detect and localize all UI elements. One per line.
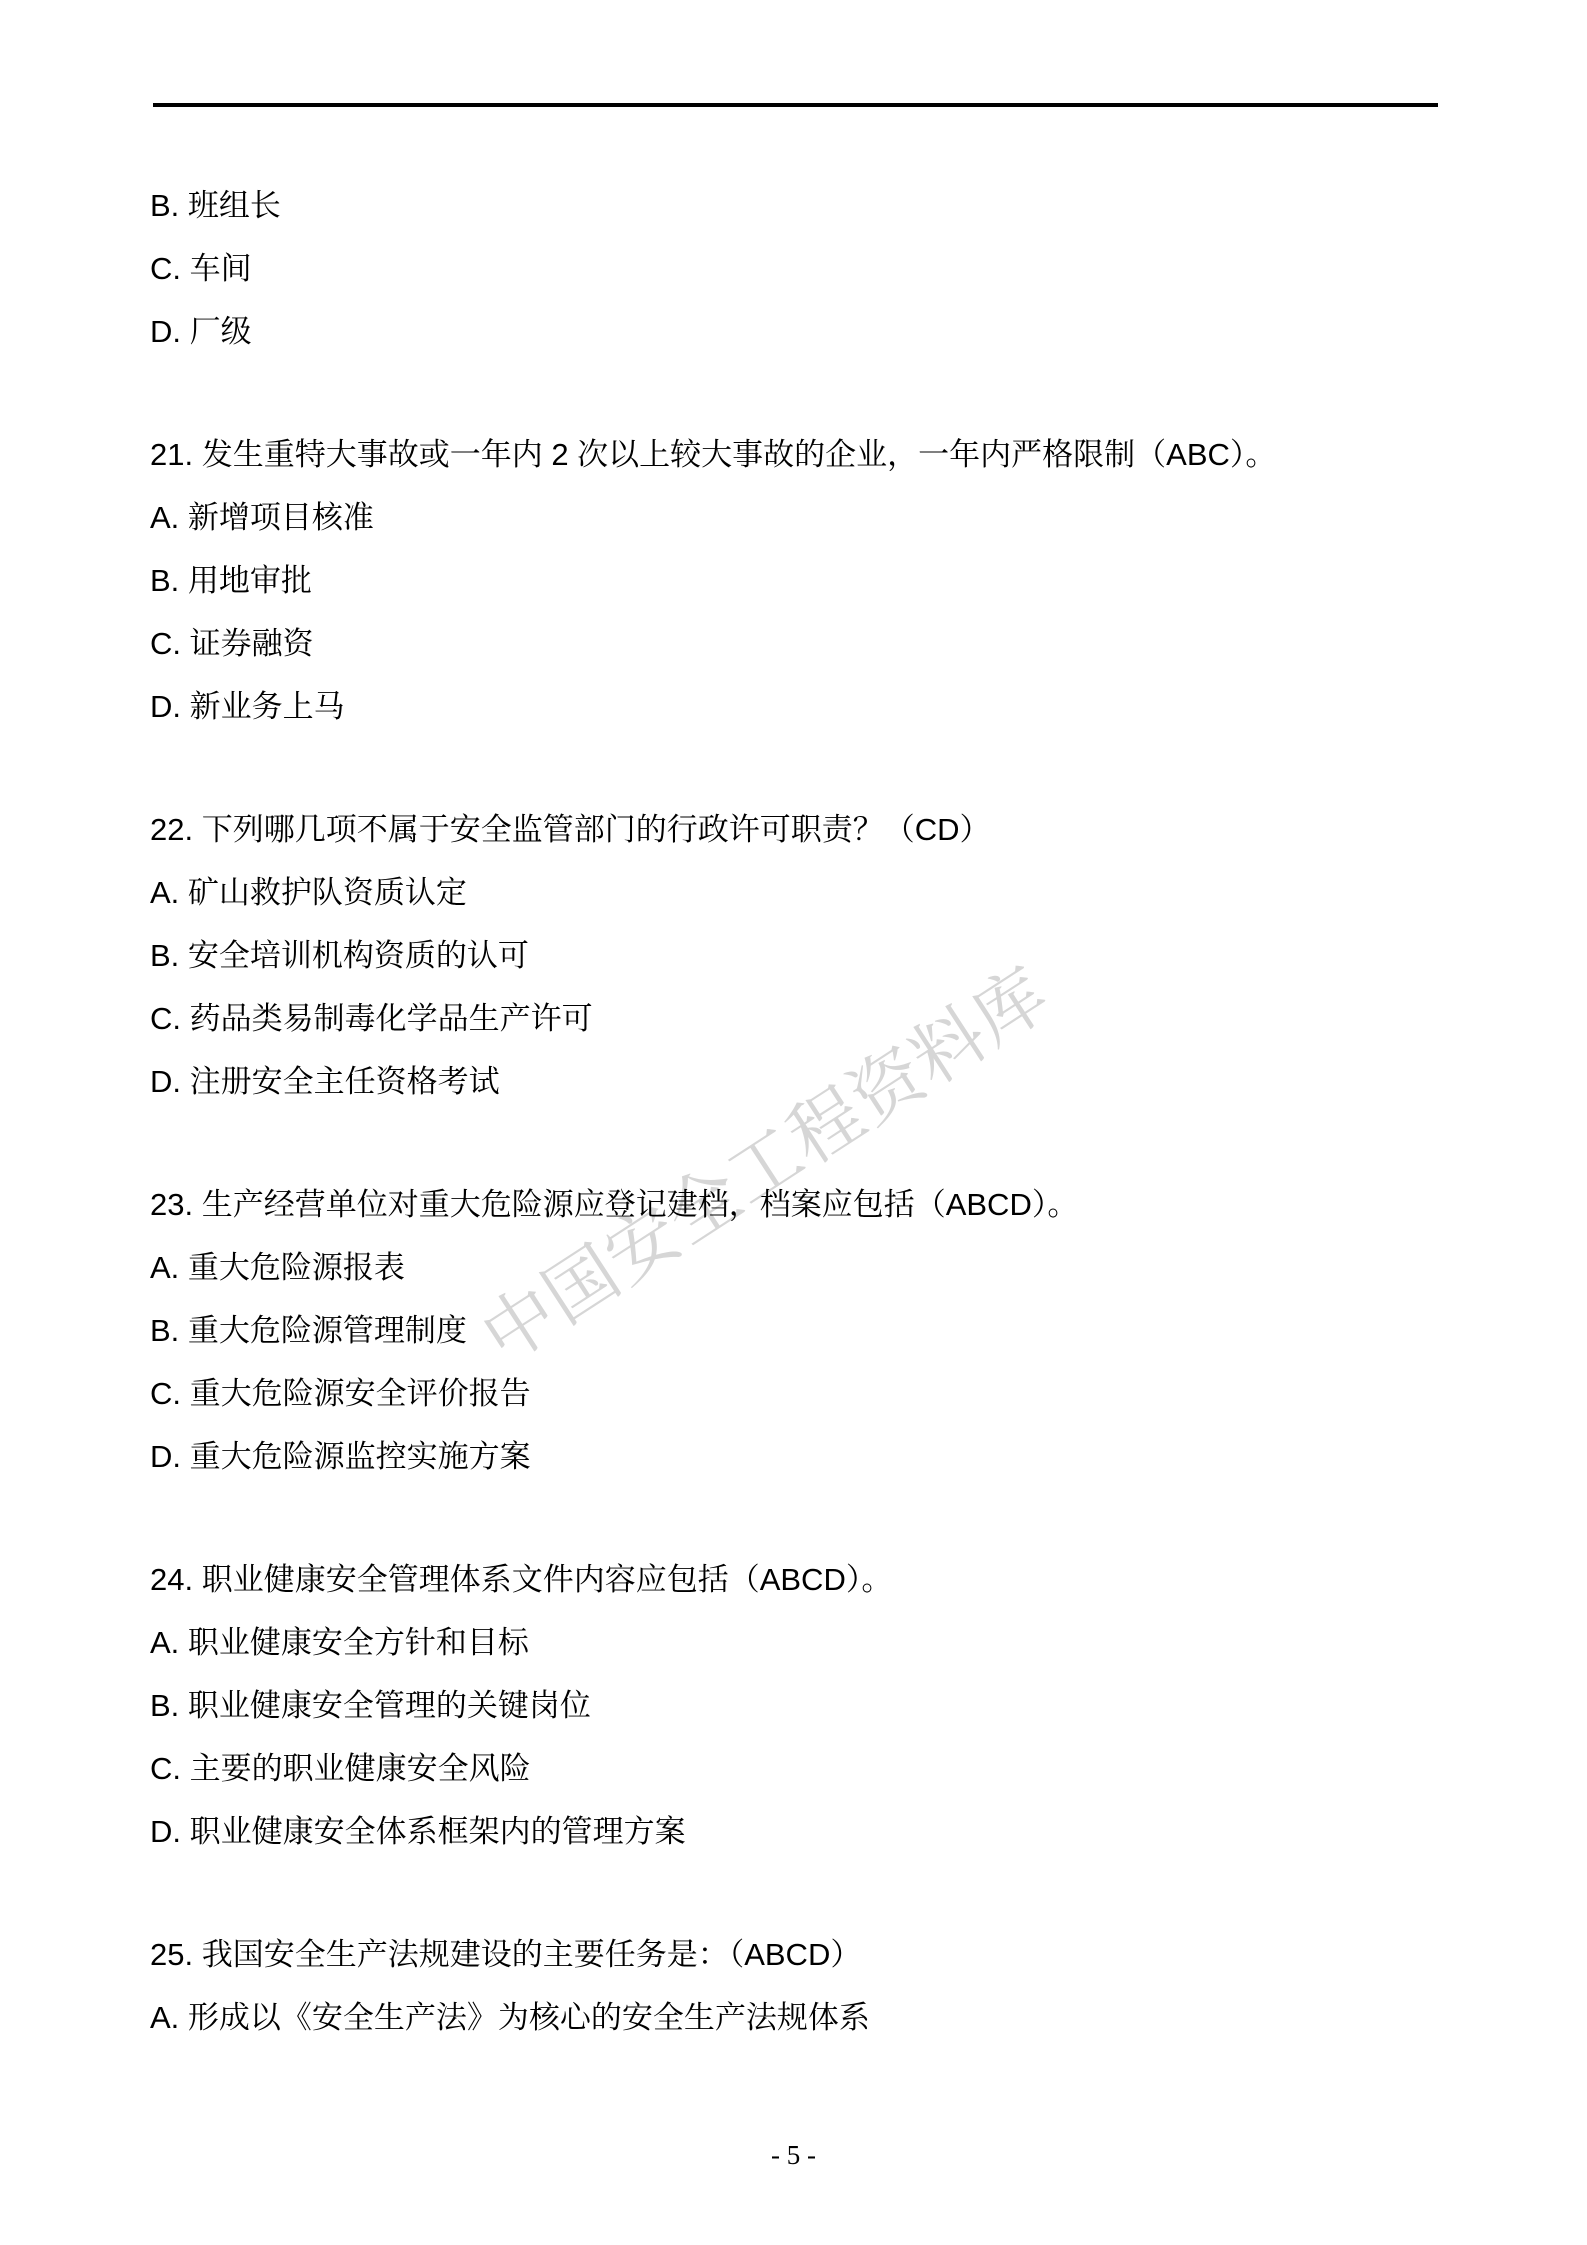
option-line: A. 重大危险源报表 [150, 1236, 1510, 1299]
option-line: D. 重大危险源监控实施方案 [150, 1425, 1510, 1488]
option-line: A. 职业健康安全方针和目标 [150, 1611, 1510, 1674]
option-line: C. 药品类易制毒化学品生产许可 [150, 987, 1510, 1050]
option-line: A. 形成以《安全生产法》为核心的安全生产法规体系 [150, 1986, 1510, 2049]
option-line: D. 新业务上马 [150, 675, 1510, 738]
option-line: C. 主要的职业健康安全风险 [150, 1737, 1510, 1800]
question-stem: 22. 下列哪几项不属于安全监管部门的行政许可职责？（CD） [150, 798, 1510, 861]
question-stem: 25. 我国安全生产法规建设的主要任务是：（ABCD） [150, 1923, 1510, 1986]
page-number: - 5 - [0, 2140, 1587, 2171]
question-stem: 23. 生产经营单位对重大危险源应登记建档，档案应包括（ABCD）。 [150, 1173, 1510, 1236]
question-list: B. 班组长 C. 车间 D. 厂级 21. 发生重特大事故或一年内 2 次以上… [150, 174, 1510, 2049]
option-line: B. 安全培训机构资质的认可 [150, 924, 1510, 987]
header-rule [153, 103, 1438, 107]
option-line: B. 职业健康安全管理的关键岗位 [150, 1674, 1510, 1737]
option-line: B. 用地审批 [150, 549, 1510, 612]
option-line: A. 新增项目核准 [150, 486, 1510, 549]
question-stem: 21. 发生重特大事故或一年内 2 次以上较大事故的企业，一年内严格限制（ABC… [150, 423, 1510, 486]
option-line: C. 重大危险源安全评价报告 [150, 1362, 1510, 1425]
option-line: D. 厂级 [150, 300, 1510, 363]
option-line: B. 重大危险源管理制度 [150, 1299, 1510, 1362]
question-stem: 24. 职业健康安全管理体系文件内容应包括（ABCD）。 [150, 1548, 1510, 1611]
option-line: C. 车间 [150, 237, 1510, 300]
option-line: D. 注册安全主任资格考试 [150, 1050, 1510, 1113]
option-line: A. 矿山救护队资质认定 [150, 861, 1510, 924]
option-line: C. 证券融资 [150, 612, 1510, 675]
option-line: B. 班组长 [150, 174, 1510, 237]
document-page: 中国安全工程资料库 B. 班组长 C. 车间 D. 厂级 21. 发生重特大事故… [0, 0, 1587, 2245]
option-line: D. 职业健康安全体系框架内的管理方案 [150, 1800, 1510, 1863]
